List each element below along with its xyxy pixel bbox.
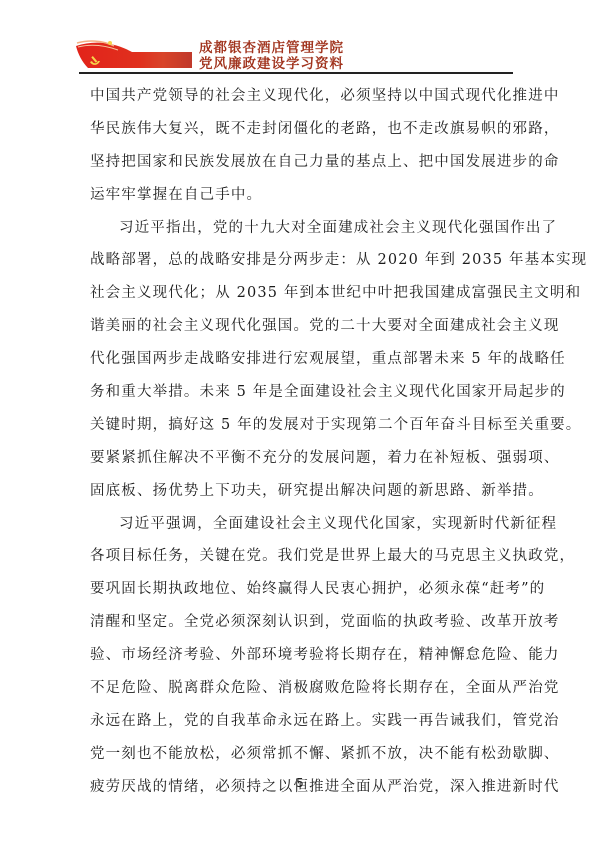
paragraph-start: 习近平指出，党的十九大对全面建成社会主义现代化强国作出了: [90, 212, 514, 245]
header-divider: [79, 72, 513, 74]
text-line: 党一刻也不能放松，必须常抓不懈、紧抓不放，决不能有松劲歇脚、: [90, 738, 514, 771]
text-line: 中国共产党领导的社会主义现代化，必须坚持以中国式现代化推进中: [90, 80, 514, 113]
text-line: 清醒和坚定。全党必须深刻认识到，党面临的执政考验、改革开放考: [90, 606, 514, 639]
text-line: 华民族伟大复兴，既不走封闭僵化的老路，也不走改旗易帜的邪路，: [90, 113, 514, 146]
text-line: 战略部署，总的战略安排是分两步走：从 2020 年到 2035 年基本实现: [90, 244, 514, 277]
text-line: 坚持把国家和民族发展放在自己力量的基点上、把中国发展进步的命: [90, 146, 514, 179]
paragraph-start: 习近平强调，全面建设社会主义现代化国家，实现新时代新征程: [90, 508, 514, 541]
text-line: 验、市场经济考验、外部环境考验将长期存在，精神懈怠危险、能力: [90, 639, 514, 672]
header-title: 成都银杏酒店管理学院 党风廉政建设学习资料: [199, 40, 344, 72]
text-line: 固底板、扬优势上下功夫，研究提出解决问题的新思路、新举措。: [90, 475, 514, 508]
text-line: 永远在路上，党的自我革命永远在路上。实践一再告诫我们，管党治: [90, 705, 514, 738]
page-number: 5: [0, 776, 600, 790]
text-line: 务和重大举措。未来 5 年是全面建设社会主义现代化国家开局起步的: [90, 376, 514, 409]
text-line: 要巩固长期执政地位、始终赢得人民衷心拥护，必须永葆“赶考”的: [90, 573, 514, 606]
text-line: 各项目标任务，关键在党。我们党是世界上最大的马克思主义执政党，: [90, 540, 514, 573]
text-line: 社会主义现代化；从 2035 年到本世纪中叶把我国建成富强民主文明和: [90, 277, 514, 310]
text-line: 关键时期，搞好这 5 年的发展对于实现第二个百年奋斗目标至关重要。: [90, 409, 514, 442]
text-line: 谐美丽的社会主义现代化强国。党的二十大要对全面建成社会主义现: [90, 310, 514, 343]
document-body: 中国共产党领导的社会主义现代化，必须坚持以中国式现代化推进中 华民族伟大复兴，既…: [90, 80, 514, 804]
text-line: 要紧紧抓住解决不平衡不充分的发展问题，着力在补短板、强弱项、: [90, 442, 514, 475]
page-header: 成都银杏酒店管理学院 党风廉政建设学习资料: [0, 0, 600, 80]
party-emblem-flag-icon: [74, 38, 192, 70]
text-line: 不足危险、脱离群众危险、消极腐败危险将长期存在，全面从严治党: [90, 672, 514, 705]
text-line: 运牢牢掌握在自己手中。: [90, 179, 514, 212]
text-line: 代化强国两步走战略安排进行宏观展望，重点部署未来 5 年的战略任: [90, 343, 514, 376]
header-title-institution: 成都银杏酒店管理学院: [199, 40, 344, 56]
header-title-subject: 党风廉政建设学习资料: [199, 56, 344, 72]
